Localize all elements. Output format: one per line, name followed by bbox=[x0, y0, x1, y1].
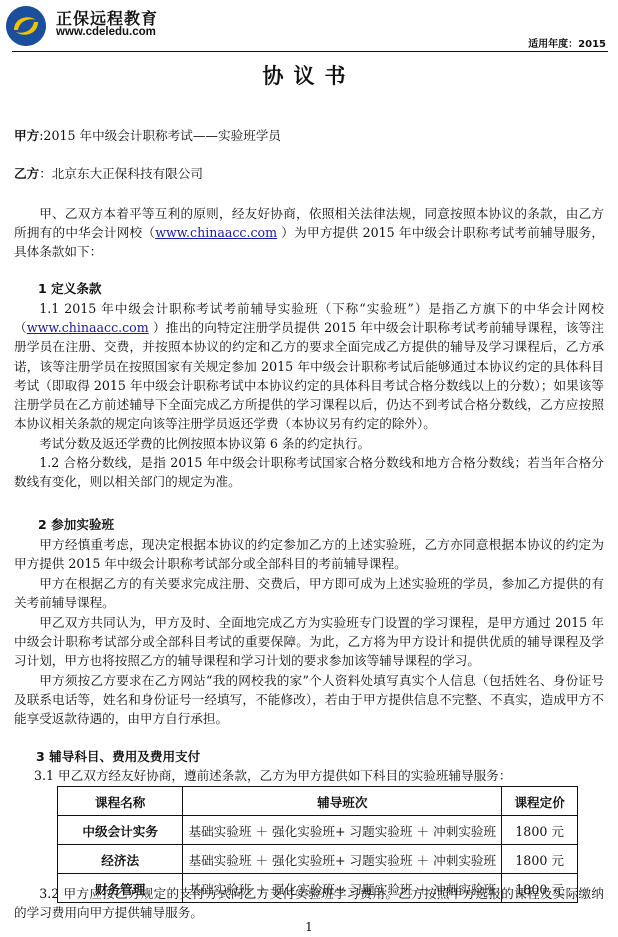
party-a-line: 甲方:2015 年中级会计职称考试——实验班学员 bbox=[14, 126, 281, 145]
brand-url: www.cdeledu.com bbox=[56, 26, 156, 38]
section-2-paragraph: 甲方经慎重考虑，现决定根据本协议的约定参加乙方的上述实验班，乙方亦同意根据本协议… bbox=[14, 535, 604, 573]
party-b-value: ：北京东大正保科技有限公司 bbox=[39, 166, 203, 181]
section-2-paragraph: 甲乙双方共同认为，甲方及时、全面地完成乙方为实验班专门设置的学习课程，是甲方通过… bbox=[14, 613, 604, 671]
chinaacc-link[interactable]: www.chinaacc.com bbox=[155, 225, 277, 240]
party-a-label: 甲方 bbox=[14, 128, 39, 143]
section-2-paragraph: 甲方在根据乙方的有关要求完成注册、交费后，甲方即可成为上述实验班的学员，参加乙方… bbox=[14, 574, 604, 612]
table-row: 中级会计实务 基础实验班 ＋ 强化实验班+ 习题实验班 ＋ 冲刺实验班 1800… bbox=[58, 816, 578, 845]
clause-3-1: 3.1 甲乙双方经友好协商，遵前述条款，乙方为甲方提供如下科目的实验班辅导服务： bbox=[34, 766, 511, 785]
header-divider bbox=[12, 51, 608, 52]
course-name: 经济法 bbox=[58, 845, 183, 874]
clause-1-1-text-2: ）推出的向特定注册学员提供 2015 年中级会计职称考试考前辅导课程，该等注册学… bbox=[14, 320, 604, 431]
clause-1-2: 1.2 合格分数线，是指 2015 年中级会计职称考试国家合格分数线和地方合格分… bbox=[14, 453, 604, 491]
clause-3-2: 3.2 甲方应按乙方规定的支付方式向乙方支付实验班学习费用。乙方按照甲方选报的课… bbox=[14, 884, 604, 922]
course-classes: 基础实验班 ＋ 强化实验班+ 习题实验班 ＋ 冲刺实验班 bbox=[183, 845, 502, 874]
column-header-classes: 辅导班次 bbox=[183, 787, 502, 816]
refund-ratio-paragraph: 考试分数及返还学费的比例按照本协议第 6 条的约定执行。 bbox=[14, 434, 604, 453]
page-number: 1 bbox=[0, 920, 618, 934]
section-1-heading: 1 定义条款 bbox=[38, 279, 102, 298]
course-price: 1800 元 bbox=[502, 845, 578, 874]
course-name: 中级会计实务 bbox=[58, 816, 183, 845]
document-title: 协议书 bbox=[0, 60, 618, 90]
course-price: 1800 元 bbox=[502, 816, 578, 845]
course-classes: 基础实验班 ＋ 强化实验班+ 习题实验班 ＋ 冲刺实验班 bbox=[183, 816, 502, 845]
section-2-paragraph: 甲方须按乙方要求在乙方网站“我的网校我的家”个人资料处填写真实个人信息（包括姓名… bbox=[14, 671, 604, 729]
table-header-row: 课程名称 辅导班次 课程定价 bbox=[58, 787, 578, 816]
intro-paragraph: 甲、乙双方本着平等互利的原则，经友好协商，依照相关法律法规，同意按照本协议的条款… bbox=[14, 204, 604, 262]
chinaacc-link-2[interactable]: www.chinaacc.com bbox=[27, 320, 149, 335]
party-b-label: 乙方 bbox=[14, 166, 39, 181]
party-a-value: :2015 年中级会计职称考试——实验班学员 bbox=[39, 128, 281, 143]
table-row: 经济法 基础实验班 ＋ 强化实验班+ 习题实验班 ＋ 冲刺实验班 1800 元 bbox=[58, 845, 578, 874]
clause-1-1: 1.1 2015 年中级会计职称考试考前辅导实验班（下称“实验班”）是指乙方旗下… bbox=[14, 299, 604, 433]
column-header-price: 课程定价 bbox=[502, 787, 578, 816]
party-b-line: 乙方：北京东大正保科技有限公司 bbox=[14, 164, 203, 183]
applicable-year-label: 适用年度：2015 bbox=[528, 35, 606, 50]
section-2-heading: 2 参加实验班 bbox=[38, 515, 114, 534]
section-3-heading: 3 辅导科目、费用及费用支付 bbox=[36, 747, 200, 766]
cdeledu-logo-icon bbox=[6, 6, 46, 46]
column-header-course: 课程名称 bbox=[58, 787, 183, 816]
